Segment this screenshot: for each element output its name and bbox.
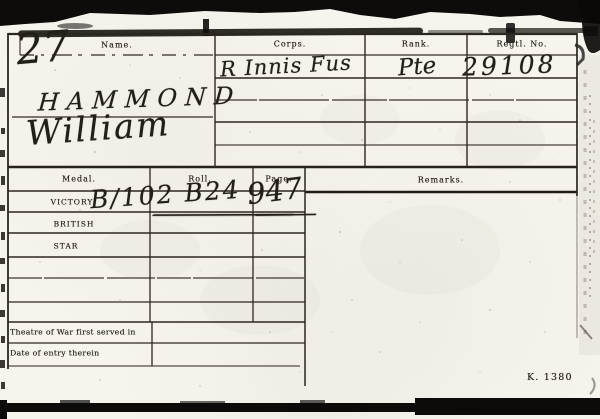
british-page-ditto-mark: — (252, 203, 320, 226)
scan-noise-bottom-band (0, 398, 600, 419)
form-code: K. 1380 (527, 372, 573, 383)
rank-value-handwritten: Pte (397, 55, 437, 81)
scan-noise-top-band (0, 0, 600, 43)
rank-column-header: Rank. (402, 40, 431, 49)
medal-row-victory-label: VICTORY (51, 198, 94, 207)
medal-column-header: Medal. (62, 175, 96, 184)
name-column-header: Name. (101, 41, 133, 50)
service-number-handwritten: 29108 (462, 51, 557, 79)
right-edge-noise (579, 55, 600, 394)
index-number-handwritten: 27 (14, 25, 71, 71)
regtl-no-column-header: Regtl. No. (497, 40, 548, 49)
remarks-column-header: Remarks. (418, 176, 464, 185)
date-of-entry-label: Date of entry therein (10, 349, 100, 358)
forename-handwritten: William (25, 107, 171, 151)
medal-row-british-label: BRITISH (54, 220, 95, 229)
medal-row-star-label: STAR (54, 242, 79, 251)
corps-column-header: Corps. (274, 40, 307, 49)
left-edge-marks (0, 88, 5, 389)
medal-index-card-scan: Name. Corps. Rank. Regtl. No. Medal. Rol… (0, 0, 600, 419)
theatre-of-war-label: Theatre of War first served in (10, 328, 136, 337)
